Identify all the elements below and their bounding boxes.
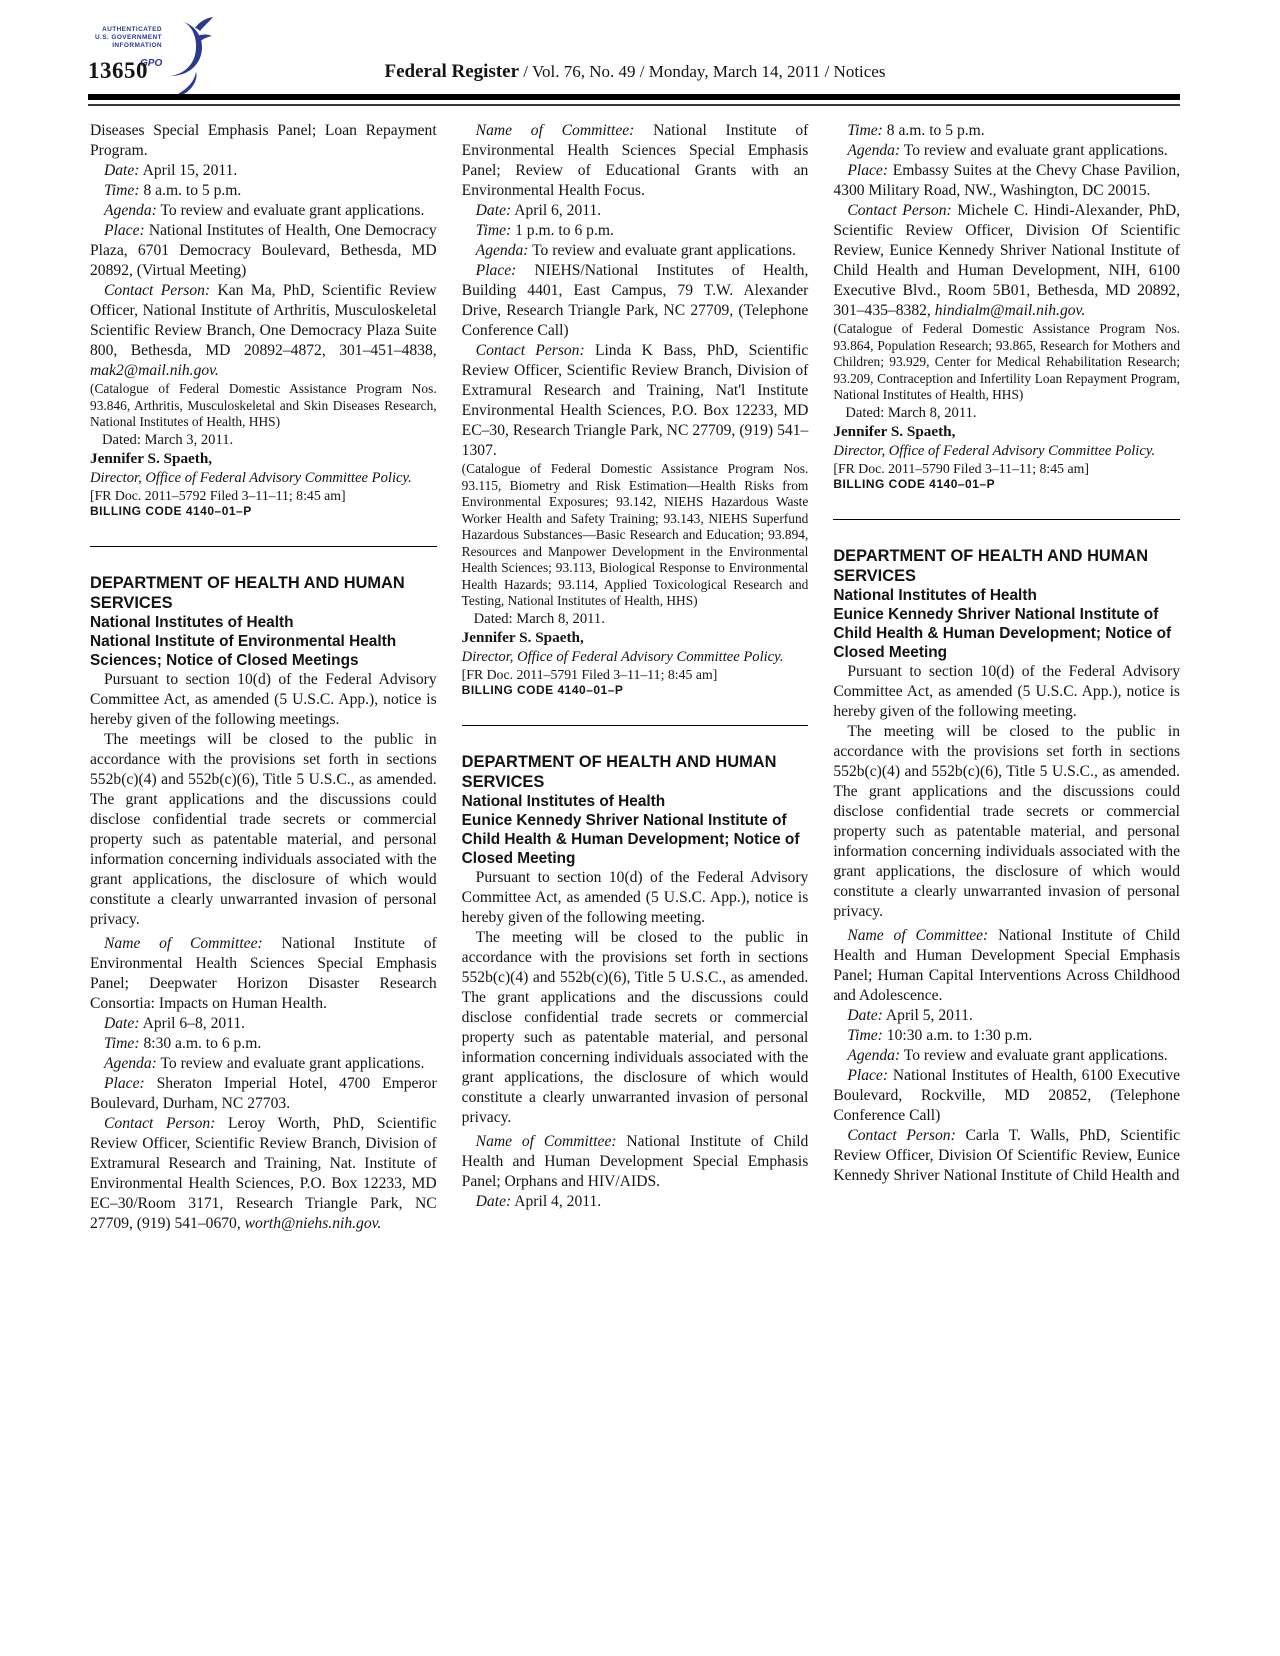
entry-label: Date: [847, 1007, 883, 1024]
entry-paragraph: Date: April 15, 2011. [90, 161, 437, 181]
entry-label: Agenda: [104, 1055, 157, 1072]
entry-text: Pursuant to section 10(d) of the Federal… [462, 869, 809, 926]
entry-paragraph: Date: April 5, 2011. [833, 1006, 1180, 1026]
entry-paragraph: Date: April 4, 2011. [462, 1192, 809, 1212]
entry-text: To review and evaluate grant application… [160, 202, 424, 219]
notice-heading: Eunice Kennedy Shriver National Institut… [833, 605, 1180, 662]
text-columns: Diseases Special Emphasis Panel; Loan Re… [90, 121, 1180, 1234]
fr-doc-line: [FR Doc. 2011–5792 Filed 3–11–11; 8:45 a… [90, 487, 437, 504]
entry-text: National Institutes of Health [833, 587, 1037, 604]
entry-text: BILLING CODE 4140–01–P [833, 477, 995, 491]
entry-label: Contact Person: [476, 342, 585, 359]
entry-text: Linda K Bass, PhD, Scientific Review Off… [462, 342, 809, 459]
catalogue-note: (Catalogue of Federal Domestic Assistanc… [90, 381, 437, 431]
entry-paragraph: Place: National Institutes of Health, On… [90, 221, 437, 281]
body-paragraph: Pursuant to section 10(d) of the Federal… [833, 662, 1180, 722]
entry-text: April 5, 2011. [886, 1007, 973, 1024]
entry-paragraph: Time: 1 p.m. to 6 p.m. [462, 221, 809, 241]
billing-code: BILLING CODE 4140–01–P [462, 683, 809, 698]
federal-register-page: AUTHENTICATED U.S. GOVERNMENT INFORMATIO… [0, 0, 1280, 1656]
entry-text: To review and evaluate grant application… [160, 1055, 424, 1072]
entry-paragraph: Time: 8 a.m. to 5 p.m. [90, 181, 437, 201]
entry-text: April 6, 2011. [514, 202, 601, 219]
entry-text: Jennifer S. Spaeth, [462, 629, 584, 646]
entry-paragraph: Place: Embassy Suites at the Chevy Chase… [833, 161, 1180, 201]
entry-text: Eunice Kennedy Shriver National Institut… [462, 812, 800, 867]
entry-text: Director, Office of Federal Advisory Com… [462, 649, 784, 665]
entry-text: 1 p.m. to 6 p.m. [515, 222, 614, 239]
entry-label: Date: [476, 1193, 512, 1210]
notice-heading: Eunice Kennedy Shriver National Institut… [462, 811, 809, 868]
column-2: Name of Committee: National Institute of… [462, 121, 809, 1234]
catalogue-note: (Catalogue of Federal Domestic Assistanc… [462, 461, 809, 610]
entry-text: 10:30 a.m. to 1:30 p.m. [887, 1027, 1033, 1044]
signatory-name: Jennifer S. Spaeth, [90, 449, 437, 469]
entry-text: Dated: March 8, 2011. [474, 611, 605, 627]
entry-text: 8 a.m. to 5 p.m. [143, 182, 241, 199]
entry-text: DEPARTMENT OF HEALTH AND HUMAN SERVICES [833, 547, 1148, 585]
entry-text: To review and evaluate grant application… [532, 242, 796, 259]
entry-label: Time: [104, 1035, 140, 1052]
entry-text: April 6–8, 2011. [143, 1015, 246, 1032]
entry-text: National Institutes of Health [90, 614, 294, 631]
signatory-title: Director, Office of Federal Advisory Com… [462, 648, 809, 666]
entry-text: National Institutes of Health [462, 793, 666, 810]
entry-label: Contact Person: [847, 202, 951, 219]
notice-heading: National Institutes of Health [462, 792, 809, 811]
dated-line: Dated: March 3, 2011. [90, 431, 437, 449]
entry-text: To review and evaluate grant application… [904, 142, 1168, 159]
entry-text: Pursuant to section 10(d) of the Federal… [833, 663, 1180, 720]
department-heading: DEPARTMENT OF HEALTH AND HUMAN SERVICES [833, 546, 1180, 586]
header-rule-thick [88, 94, 1180, 100]
entry-paragraph: Contact Person: Linda K Bass, PhD, Scien… [462, 341, 809, 461]
entry-label: Date: [104, 162, 140, 179]
entry-text: April 15, 2011. [143, 162, 238, 179]
entry-label: Place: [476, 262, 517, 279]
entry-text: Jennifer S. Spaeth, [833, 423, 955, 440]
entry-paragraph: Time: 8:30 a.m. to 6 p.m. [90, 1034, 437, 1054]
entry-text: BILLING CODE 4140–01–P [90, 504, 252, 518]
entry-text: [FR Doc. 2011–5792 Filed 3–11–11; 8:45 a… [90, 488, 346, 503]
gpo-logo-text: AUTHENTICATED U.S. GOVERNMENT INFORMATIO… [84, 26, 162, 50]
entry-paragraph: Time: 8 a.m. to 5 p.m. [833, 121, 1180, 141]
notice-heading: National Institutes of Health [90, 613, 437, 632]
entry-paragraph: Date: April 6–8, 2011. [90, 1014, 437, 1034]
entry-label: Date: [476, 202, 512, 219]
entry-text: Diseases Special Emphasis Panel; Loan Re… [90, 122, 437, 159]
gpo-logo-line: AUTHENTICATED [84, 26, 162, 34]
department-heading: DEPARTMENT OF HEALTH AND HUMAN SERVICES [90, 573, 437, 613]
entry-label: Place: [847, 1067, 888, 1084]
entry-label: Time: [104, 182, 140, 199]
entry-paragraph: Date: April 6, 2011. [462, 201, 809, 221]
entry-text: (Catalogue of Federal Domestic Assistanc… [462, 461, 809, 608]
entry-text: Pursuant to section 10(d) of the Federal… [90, 671, 437, 728]
email-text: hindialm@mail.nih.gov. [935, 302, 1086, 319]
entry-paragraph: Contact Person: Carla T. Walls, PhD, Sci… [833, 1126, 1180, 1186]
entry-text: To review and evaluate grant application… [904, 1047, 1168, 1064]
entry-text: 8 a.m. to 5 p.m. [887, 122, 985, 139]
entry-label: Time: [847, 122, 883, 139]
gpo-eagle-icon [164, 14, 218, 103]
column-3: Time: 8 a.m. to 5 p.m.Agenda: To review … [833, 121, 1180, 1234]
entry-paragraph: Contact Person: Leroy Worth, PhD, Scient… [90, 1114, 437, 1234]
section-divider [462, 725, 809, 726]
entry-paragraph: Place: National Institutes of Health, 61… [833, 1066, 1180, 1126]
entry-label: Agenda: [847, 142, 900, 159]
email-text: worth@niehs.nih.gov. [245, 1215, 382, 1232]
body-paragraph: Pursuant to section 10(d) of the Federal… [90, 670, 437, 730]
gpo-logo-line: INFORMATION [84, 42, 162, 50]
entry-text: The meeting will be closed to the public… [833, 723, 1180, 920]
entry-text: Director, Office of Federal Advisory Com… [90, 470, 412, 486]
entry-text: BILLING CODE 4140–01–P [462, 683, 624, 697]
dated-line: Dated: March 8, 2011. [833, 404, 1180, 422]
entry-label: Name of Committee: [476, 1133, 617, 1150]
continuation-paragraph: Diseases Special Emphasis Panel; Loan Re… [90, 121, 437, 161]
masthead: Federal Register / Vol. 76, No. 49 / Mon… [90, 61, 1180, 83]
entry-label: Name of Committee: [847, 927, 988, 944]
entry-paragraph: Agenda: To review and evaluate grant app… [833, 141, 1180, 161]
entry-text: [FR Doc. 2011–5791 Filed 3–11–11; 8:45 a… [462, 667, 718, 682]
entry-text: Dated: March 3, 2011. [102, 432, 233, 448]
fr-doc-line: [FR Doc. 2011–5790 Filed 3–11–11; 8:45 a… [833, 460, 1180, 477]
notice-heading: National Institute of Environmental Heal… [90, 632, 437, 670]
entry-text: [FR Doc. 2011–5790 Filed 3–11–11; 8:45 a… [833, 461, 1089, 476]
section-divider [90, 546, 437, 547]
entry-paragraph: Place: NIEHS/National Institutes of Heal… [462, 261, 809, 341]
gpo-authenticated-logo: AUTHENTICATED U.S. GOVERNMENT INFORMATIO… [84, 14, 224, 100]
email-text: mak2@mail.nih.gov. [90, 362, 219, 379]
entry-label: Agenda: [104, 202, 157, 219]
entry-paragraph: Contact Person: Michele C. Hindi-Alexand… [833, 201, 1180, 321]
entry-text: Eunice Kennedy Shriver National Institut… [833, 606, 1171, 661]
entry-label: Place: [104, 222, 145, 239]
entry-label: Time: [476, 222, 512, 239]
entry-label: Contact Person: [104, 282, 210, 299]
entry-text: Dated: March 8, 2011. [845, 405, 976, 421]
body-paragraph: The meeting will be closed to the public… [462, 928, 809, 1128]
entry-text: (Catalogue of Federal Domestic Assistanc… [833, 321, 1180, 402]
entry-text: DEPARTMENT OF HEALTH AND HUMAN SERVICES [462, 753, 777, 791]
entry-label: Date: [104, 1015, 140, 1032]
entry-label: Contact Person: [847, 1127, 955, 1144]
entry-text: (Catalogue of Federal Domestic Assistanc… [90, 381, 437, 429]
body-paragraph: The meetings will be closed to the publi… [90, 730, 437, 930]
entry-text: April 4, 2011. [514, 1193, 601, 1210]
masthead-issue-info: / Vol. 76, No. 49 / Monday, March 14, 20… [519, 62, 885, 81]
entry-text: Jennifer S. Spaeth, [90, 450, 212, 467]
entry-paragraph: Name of Committee: National Institute of… [462, 1132, 809, 1192]
billing-code: BILLING CODE 4140–01–P [833, 477, 1180, 492]
entry-label: Place: [104, 1075, 145, 1092]
signatory-name: Jennifer S. Spaeth, [462, 628, 809, 648]
masthead-title: Federal Register [385, 61, 520, 82]
dated-line: Dated: March 8, 2011. [462, 610, 809, 628]
entry-label: Agenda: [476, 242, 529, 259]
entry-paragraph: Agenda: To review and evaluate grant app… [833, 1046, 1180, 1066]
section-divider [833, 519, 1180, 520]
notice-heading: National Institutes of Health [833, 586, 1180, 605]
entry-text: Director, Office of Federal Advisory Com… [833, 443, 1155, 459]
signatory-name: Jennifer S. Spaeth, [833, 422, 1180, 442]
entry-label: Place: [847, 162, 888, 179]
entry-paragraph: Agenda: To review and evaluate grant app… [462, 241, 809, 261]
body-paragraph: Pursuant to section 10(d) of the Federal… [462, 868, 809, 928]
entry-text: National Institute of Environmental Heal… [90, 633, 396, 669]
entry-text: 8:30 a.m. to 6 p.m. [143, 1035, 261, 1052]
billing-code: BILLING CODE 4140–01–P [90, 504, 437, 519]
header-rule-thin [88, 104, 1180, 106]
catalogue-note: (Catalogue of Federal Domestic Assistanc… [833, 321, 1180, 404]
department-heading: DEPARTMENT OF HEALTH AND HUMAN SERVICES [462, 752, 809, 792]
entry-text: DEPARTMENT OF HEALTH AND HUMAN SERVICES [90, 574, 405, 612]
entry-label: Time: [847, 1027, 883, 1044]
entry-label: Contact Person: [104, 1115, 215, 1132]
entry-label: Name of Committee: [104, 935, 263, 952]
body-paragraph: The meeting will be closed to the public… [833, 722, 1180, 922]
entry-paragraph: Agenda: To review and evaluate grant app… [90, 1054, 437, 1074]
entry-paragraph: Agenda: To review and evaluate grant app… [90, 201, 437, 221]
entry-paragraph: Time: 10:30 a.m. to 1:30 p.m. [833, 1026, 1180, 1046]
entry-label: Agenda: [847, 1047, 900, 1064]
entry-paragraph: Contact Person: Kan Ma, PhD, Scientific … [90, 281, 437, 381]
fr-doc-line: [FR Doc. 2011–5791 Filed 3–11–11; 8:45 a… [462, 666, 809, 683]
entry-text: The meetings will be closed to the publi… [90, 731, 437, 928]
entry-paragraph: Name of Committee: National Institute of… [90, 934, 437, 1014]
column-1: Diseases Special Emphasis Panel; Loan Re… [90, 121, 437, 1234]
entry-paragraph: Name of Committee: National Institute of… [833, 926, 1180, 1006]
entry-text: The meeting will be closed to the public… [462, 929, 809, 1126]
signatory-title: Director, Office of Federal Advisory Com… [833, 442, 1180, 460]
entry-paragraph: Name of Committee: National Institute of… [462, 121, 809, 201]
gpo-logo-line: U.S. GOVERNMENT [84, 34, 162, 42]
signatory-title: Director, Office of Federal Advisory Com… [90, 469, 437, 487]
entry-label: Name of Committee: [476, 122, 635, 139]
entry-paragraph: Place: Sheraton Imperial Hotel, 4700 Emp… [90, 1074, 437, 1114]
